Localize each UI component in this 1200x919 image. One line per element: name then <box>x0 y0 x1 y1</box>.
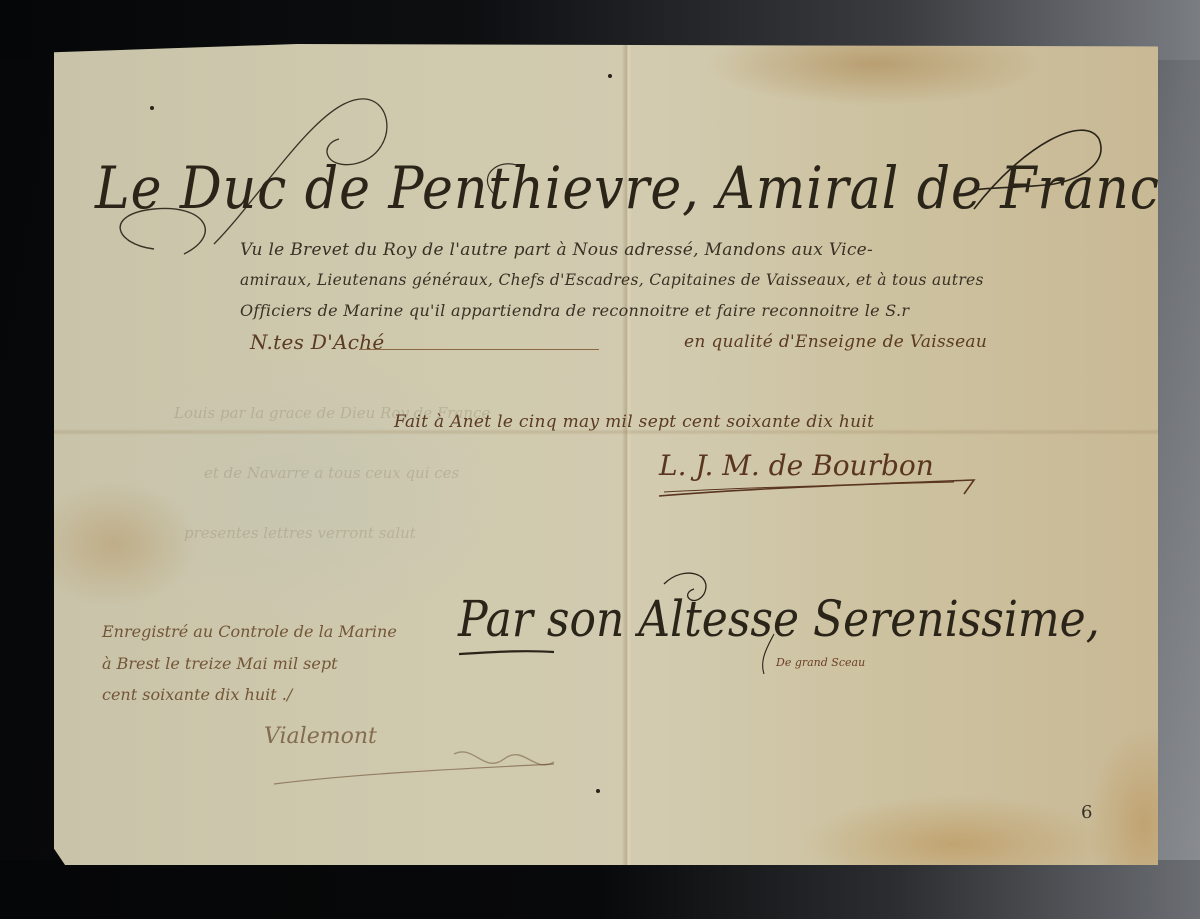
body-line-3: Officiers de Marine qu'il appartiendra d… <box>240 301 909 320</box>
blank-line <box>359 349 599 350</box>
dated-line: Fait à Anet le cinq may mil sept cent so… <box>394 412 874 432</box>
closing-flourish-icon <box>454 564 1054 674</box>
show-through-text: et de Navarre a tous ceux qui ces <box>204 464 459 482</box>
recipient-name: N.tes D'Aché <box>250 330 385 354</box>
body-line-2: amiraux, Lieutenans généraux, Chefs d'Es… <box>240 271 984 289</box>
body-line-1: Vu le Brevet du Roy de l'autre part à No… <box>240 240 873 260</box>
registration-line-1: Enregistré au Controle de la Marine <box>102 622 397 641</box>
signature-underline-flourish-icon <box>654 474 994 504</box>
registration-line-3: cent soixante dix huit ./ <box>102 685 292 704</box>
pin-hole <box>596 789 600 793</box>
document-title: Le Duc de Penthievre, Amiral de France. <box>95 154 1004 222</box>
registration-line-2: à Brest le treize Mai mil sept <box>102 654 338 673</box>
pin-hole <box>608 74 612 78</box>
registration-paraph-icon <box>254 734 594 794</box>
show-through-text: presentes lettres verront salut <box>184 524 416 542</box>
vellum-document: Louis par la grace de Dieu Roy de France… <box>54 44 1158 865</box>
page-number: 6 <box>1081 802 1092 823</box>
closing-note: De grand Sceau <box>776 656 865 669</box>
recipient-quality: en qualité d'Enseigne de Vaisseau <box>684 332 987 352</box>
background-bottom <box>0 860 1200 919</box>
